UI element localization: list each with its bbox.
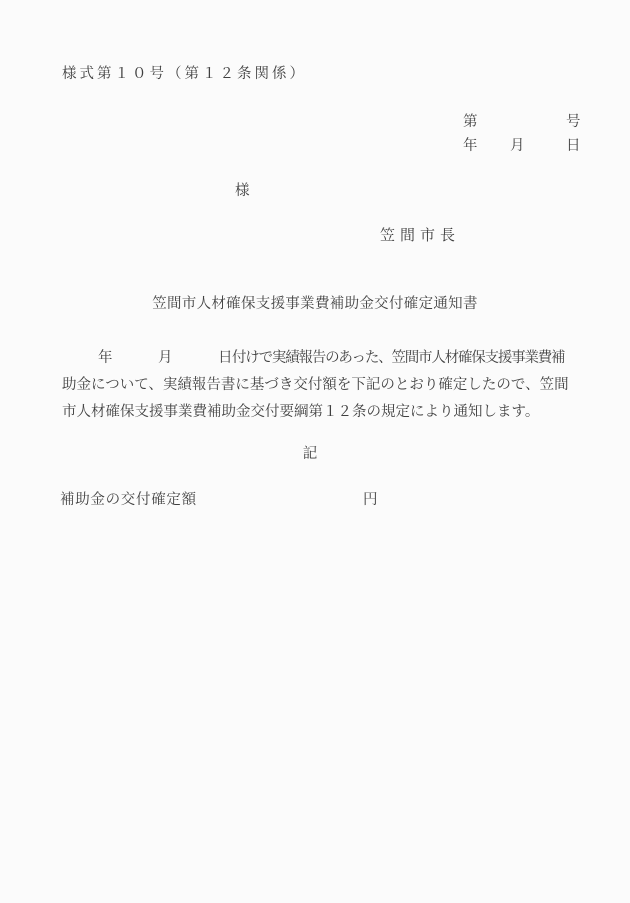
document-page: 様式第１０号（第１２条関係） 第 号 年 月 日 様 笠間市長 笠間市人材確保支… [0,0,630,903]
header-date-month: 月 [510,139,525,154]
body-line1-text: 付けで実績報告のあった、笠間市人材確保支援事業費補 [232,351,564,366]
addressee-honorific: 様 [235,184,250,199]
header-date-year: 年 [463,139,478,154]
body-date-year: 年 [98,351,113,366]
body-date-day: 日 [218,351,233,366]
amount-unit-yen: 円 [363,493,378,508]
amount-label: 補助金の交付確定額 [60,493,197,508]
body-date-month: 月 [158,351,173,366]
body-paragraph-line1: 年 月 日 付けで実績報告のあった、笠間市人材確保支援事業費補 [62,351,582,367]
doc-number-suffix: 号 [566,115,581,130]
header-date-day: 日 [566,139,581,154]
body-paragraph-line3: 市人材確保支援事業費補助金交付要綱第１２条の規定により通知します。 [62,405,539,420]
form-number: 様式第１０号（第１２条関係） [62,67,307,82]
document-title: 笠間市人材確保支援事業費補助金交付確定通知書 [0,297,630,312]
doc-number-prefix: 第 [463,115,478,130]
record-marker: 記 [0,447,620,462]
body-paragraph-line2: 助金について、実績報告書に基づき交付額を下記のとおり確定したので、笠間 [62,378,569,393]
sender-title: 笠間市長 [380,229,460,244]
